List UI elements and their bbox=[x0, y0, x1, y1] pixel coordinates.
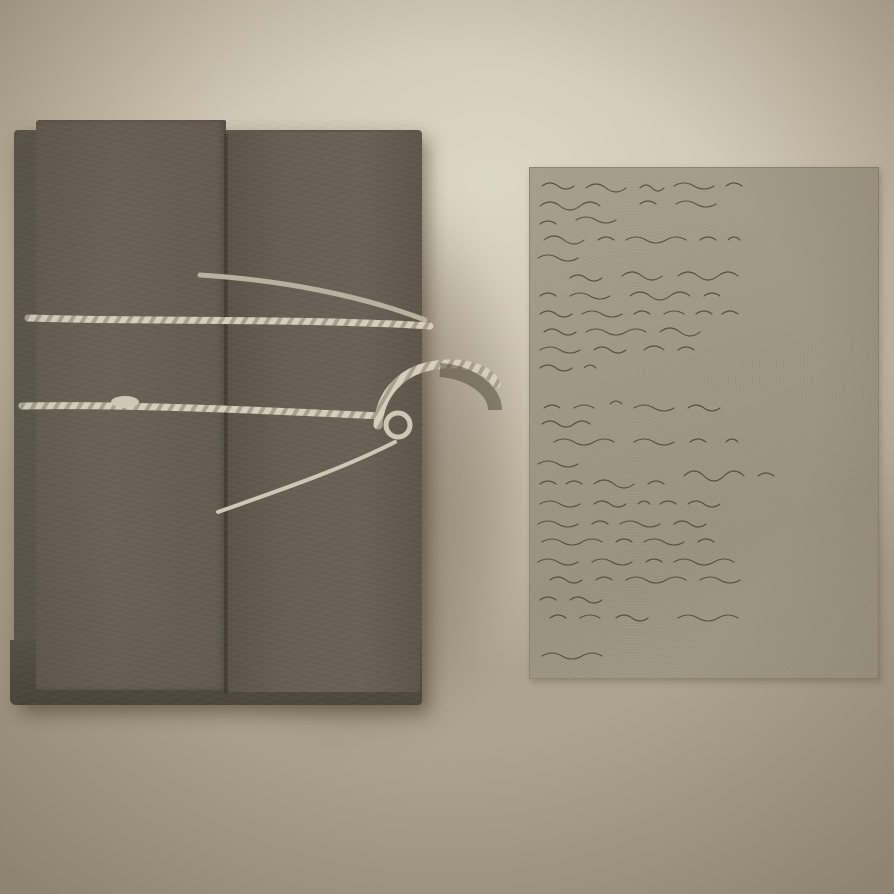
handwriting bbox=[530, 168, 878, 678]
handwritten-letter bbox=[529, 167, 879, 679]
